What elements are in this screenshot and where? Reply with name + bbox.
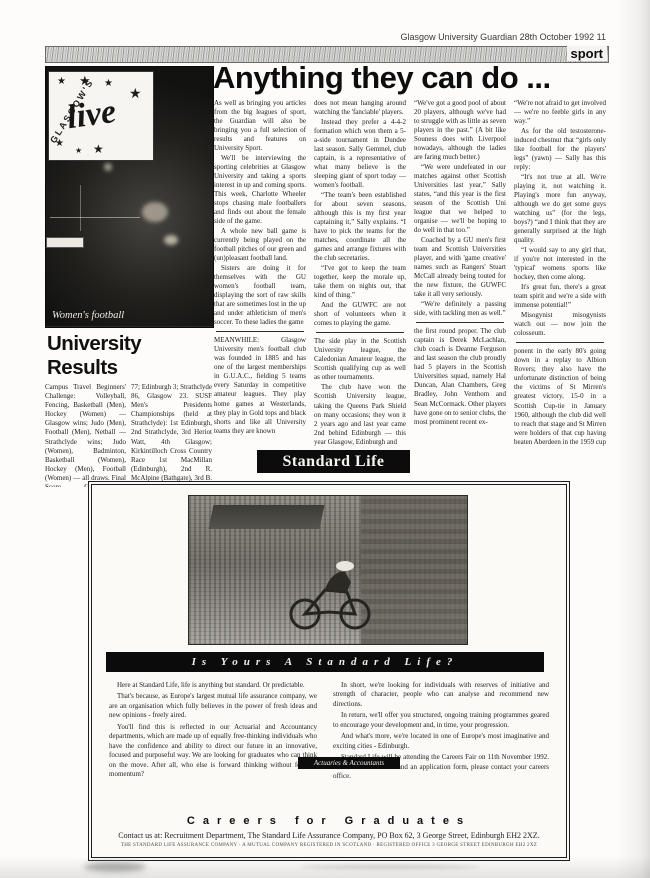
results-title: University Results [47, 332, 213, 380]
paragraph: That's because, as Europe's largest mutu… [109, 692, 317, 720]
paragraph: ponent in the early 80's going down in a… [514, 347, 606, 447]
scan-edge-shadow [616, 0, 650, 878]
results-column-1: Campus Travel Beginners' Challenge: Voll… [45, 383, 126, 487]
paragraph: “We've got a good pool of about 20 playe… [414, 99, 506, 162]
paragraph: does not mean hanging around watching th… [314, 99, 406, 117]
article-column-4: “We're not afraid to get involved — we'r… [514, 99, 606, 447]
results-column-2: 77; Edinburgh 3; Strathclyde 86, Glasgow… [131, 383, 212, 487]
article-column-3: “We've got a good pool of about 20 playe… [414, 99, 506, 447]
shop-awning [209, 505, 325, 529]
paragraph: Sisters are doing it for themselves with… [214, 264, 306, 327]
article-headline: Anything they can do ... [213, 60, 611, 96]
actuaries-accountants-badge: Actuaries & Accountants [298, 757, 400, 769]
star-icon: ★ [75, 146, 82, 155]
floodlight-highlight [104, 163, 112, 171]
paragraph: You'll find this is reflected in our Act… [109, 723, 317, 780]
article-column-2: does not mean hanging around watching th… [314, 99, 406, 447]
womens-football-photo: ★ ★ ★ ★ ★ ★ ★ GLASGOW'S live Women's foo… [45, 66, 214, 328]
star-icon: ★ [104, 78, 113, 89]
article-columns: As well as bringing you articles from th… [214, 99, 608, 447]
photo-caption: Women's football [52, 310, 124, 321]
paragraph: “We're definitely a passing side, with t… [414, 300, 506, 318]
player-highlight [142, 202, 168, 222]
advert-banner-headline: Is Yours A Standard Life? [106, 652, 544, 672]
paragraph: Misogynist misogynists watch out — now j… [514, 311, 606, 338]
article-column-1: As well as bringing you articles from th… [214, 99, 306, 447]
paragraph: As for the old testosterone-induced ches… [514, 127, 606, 172]
paragraph: “I've got to keep the team together, kee… [314, 264, 406, 300]
scan-smudge [300, 865, 480, 869]
advert-small-print: THE STANDARD LIFE ASSURANCE COMPANY · A … [92, 843, 566, 848]
pitch-line [50, 217, 140, 218]
advert-column-right: In short, we're looking for individuals … [333, 681, 549, 811]
masthead-dateline: Glasgow University Guardian 28th October… [401, 32, 606, 42]
paragraph: MEANWHILE: Glasgow University men's foot… [214, 336, 306, 435]
advert-column-left: Here at Standard Life, life is anything … [109, 681, 317, 811]
advert-photo [188, 495, 468, 645]
column-divider [416, 322, 504, 323]
paragraph: Coached by a GU men's first team and Sco… [414, 236, 506, 299]
standard-life-advert: Is Yours A Standard Life? Here at Standa… [88, 481, 570, 861]
paragraph: We'll be interviewing the sporting celeb… [214, 154, 306, 226]
glasgows-alive-logo: ★ ★ ★ ★ ★ ★ ★ GLASGOW'S live [48, 71, 154, 161]
paragraph: “We're not afraid to get involved — we'r… [514, 99, 606, 126]
logo-word: live [65, 93, 119, 137]
ball-highlight [164, 235, 178, 245]
paragraph: The side play in the Scottish University… [314, 337, 406, 382]
newspaper-page: Glasgow University Guardian 28th October… [0, 0, 650, 878]
photo-sticker [46, 237, 84, 248]
cyclist-silhouette [277, 552, 387, 632]
paragraph: Instead they prefer a 4-4-2 formation wh… [314, 118, 406, 190]
university-results-section: University Results Campus Travel Beginne… [45, 326, 213, 469]
scan-smudge [84, 862, 146, 872]
section-tab-sport: sport [567, 46, 608, 61]
paragraph: As well as bringing you articles from th… [214, 99, 306, 153]
paragraph: “The team's been established for about s… [314, 191, 406, 263]
paragraph: And the GUWFC are not short of volunteer… [314, 301, 406, 328]
results-columns: Campus Travel Beginners' Challenge: Voll… [45, 383, 213, 487]
column-divider [216, 331, 304, 332]
paragraph: It's great fun, there's a great team spi… [514, 283, 606, 310]
star-icon: ★ [57, 76, 66, 87]
paragraph: “We were undefeated in our matches again… [414, 163, 506, 235]
star-icon: ★ [129, 86, 142, 103]
column-divider [316, 332, 404, 333]
paragraph: The club have won the Scottish Universit… [314, 383, 406, 446]
paragraph: the first round proper. The club captain… [414, 327, 506, 426]
paragraph: And what's more, we're located in one of… [333, 732, 549, 751]
advert-contact-line: Contact us at: Recruitment Department, T… [92, 831, 566, 840]
paragraph: A whole new ball game is currently being… [214, 227, 306, 263]
paragraph: In short, we're looking for individuals … [333, 681, 549, 709]
star-icon: ★ [93, 142, 104, 157]
careers-for-graduates-line: Careers for Graduates [92, 815, 566, 827]
paragraph: “I would say to any girl that, if you're… [514, 246, 606, 282]
paragraph: Here at Standard Life, life is anything … [109, 681, 317, 690]
paragraph: In return, we'll offer you structured, o… [333, 711, 549, 730]
column-divider [516, 342, 604, 343]
standard-life-logo: Standard Life [257, 450, 410, 473]
pitch-line [80, 185, 81, 231]
paragraph: “It's not true at all. We're playing it,… [514, 173, 606, 245]
